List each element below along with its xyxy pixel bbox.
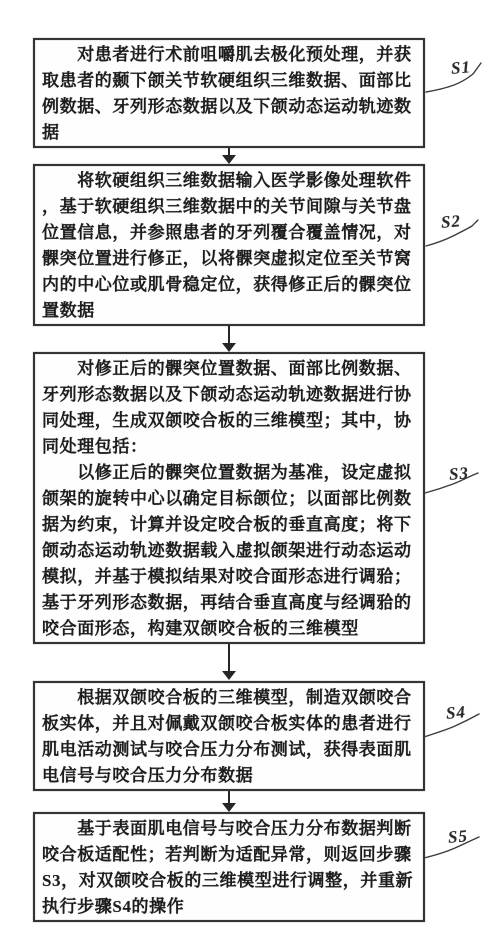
text-line: 据为约束，计算并设定咬合板的垂直高度；将下 bbox=[42, 512, 416, 538]
step-label-s1: S1 bbox=[450, 57, 472, 79]
text-line: ，基于软硬组织三维数据中的关节间隙与关节盘 bbox=[42, 194, 416, 220]
text-line: 板实体，并且对佩戴双颌咬合板实体的患者进行 bbox=[42, 711, 416, 737]
text-line: 执行步骤S4的操作 bbox=[42, 894, 416, 920]
text-line: 咬合面形态，构建双颌咬合板的三维模型 bbox=[42, 616, 416, 642]
text-line: 置数据 bbox=[42, 298, 416, 324]
text-line: 取患者的颞下颌关节软硬组织三维数据、面部比 bbox=[42, 68, 416, 94]
text-line: 牙列形态数据以及下颌动态运动轨迹数据进行协 bbox=[42, 382, 416, 408]
text-line: 模拟，并基于模拟结果对咬合面形态进行调𬌗； bbox=[42, 564, 416, 590]
flow-arrow-1-head bbox=[222, 155, 236, 164]
step-box-s2: 将软硬组织三维数据输入医学影像处理软件，基于软硬组织三维数据中的关节间隙与关节盘… bbox=[33, 164, 425, 326]
text-line: 基于表面肌电信号与咬合压力分布数据判断 bbox=[42, 816, 416, 842]
step-box-s4: 根据双颌咬合板的三维模型，制造双颌咬合板实体，并且对佩戴双颌咬合板实体的患者进行… bbox=[33, 681, 425, 791]
text-line: 咬合板适配性；若判断为适配异常，则返回步骤 bbox=[42, 842, 416, 868]
step-label-s4: S4 bbox=[445, 702, 467, 724]
step-label-s2: S2 bbox=[440, 211, 462, 233]
text-line: 电信号与咬合压力分布数据 bbox=[42, 763, 416, 789]
step-box-s5: 基于表面肌电信号与咬合压力分布数据判断咬合板适配性；若判断为适配异常，则返回步骤… bbox=[33, 812, 425, 922]
text-line: 对患者进行术前咀嚼肌去极化预处理，并获 bbox=[42, 42, 416, 68]
text-line: 颌架的旋转中心以确定目标颌位；以面部比例数 bbox=[42, 486, 416, 512]
step-box-s1: 对患者进行术前咀嚼肌去极化预处理，并获取患者的颞下颌关节软硬组织三维数据、面部比… bbox=[33, 38, 425, 148]
text-line: 基于牙列形态数据，再结合垂直高度与经调𬌗的 bbox=[42, 590, 416, 616]
flow-arrow-2-head bbox=[222, 343, 236, 352]
flow-arrow-2-shaft bbox=[228, 326, 230, 344]
text-line: 同处理包括： bbox=[42, 434, 416, 460]
flow-arrow-4-head bbox=[222, 803, 236, 812]
text-line: 例数据、牙列形态数据以及下颌动态运动轨迹数 bbox=[42, 94, 416, 120]
text-line: 内的中心位或肌骨稳定位，获得修正后的髁突位 bbox=[42, 272, 416, 298]
text-line: 据 bbox=[42, 120, 416, 146]
step-box-s3: 对修正后的髁突位置数据、面部比例数据、牙列形态数据以及下颌动态运动轨迹数据进行协… bbox=[33, 352, 425, 644]
text-line: 以修正后的髁突位置数据为基准，设定虚拟 bbox=[42, 460, 416, 486]
step-label-s5: S5 bbox=[447, 826, 469, 848]
text-line: 颌动态运动轨迹数据载入虚拟颌架进行动态运动 bbox=[42, 538, 416, 564]
flow-arrow-3-head bbox=[222, 671, 236, 680]
step-label-s3: S3 bbox=[448, 463, 470, 485]
flow-arrow-3-shaft bbox=[228, 644, 230, 672]
text-line: 对修正后的髁突位置数据、面部比例数据、 bbox=[42, 356, 416, 382]
text-line: S3，对双颌咬合板的三维模型进行调整，并重新 bbox=[42, 868, 416, 894]
text-line: 肌电活动测试与咬合压力分布测试，获得表面肌 bbox=[42, 737, 416, 763]
text-line: 髁突位置进行修正，以将髁突虚拟定位至关节窝 bbox=[42, 246, 416, 272]
flowchart-canvas: 对患者进行术前咀嚼肌去极化预处理，并获取患者的颞下颌关节软硬组织三维数据、面部比… bbox=[0, 0, 503, 950]
text-line: 位置信息，并参照患者的牙列覆合覆盖情况，对 bbox=[42, 220, 416, 246]
text-line: 根据双颌咬合板的三维模型，制造双颌咬合 bbox=[42, 685, 416, 711]
text-line: 同处理，生成双颌咬合板的三维模型；其中，协 bbox=[42, 408, 416, 434]
text-line: 将软硬组织三维数据输入医学影像处理软件 bbox=[42, 168, 416, 194]
